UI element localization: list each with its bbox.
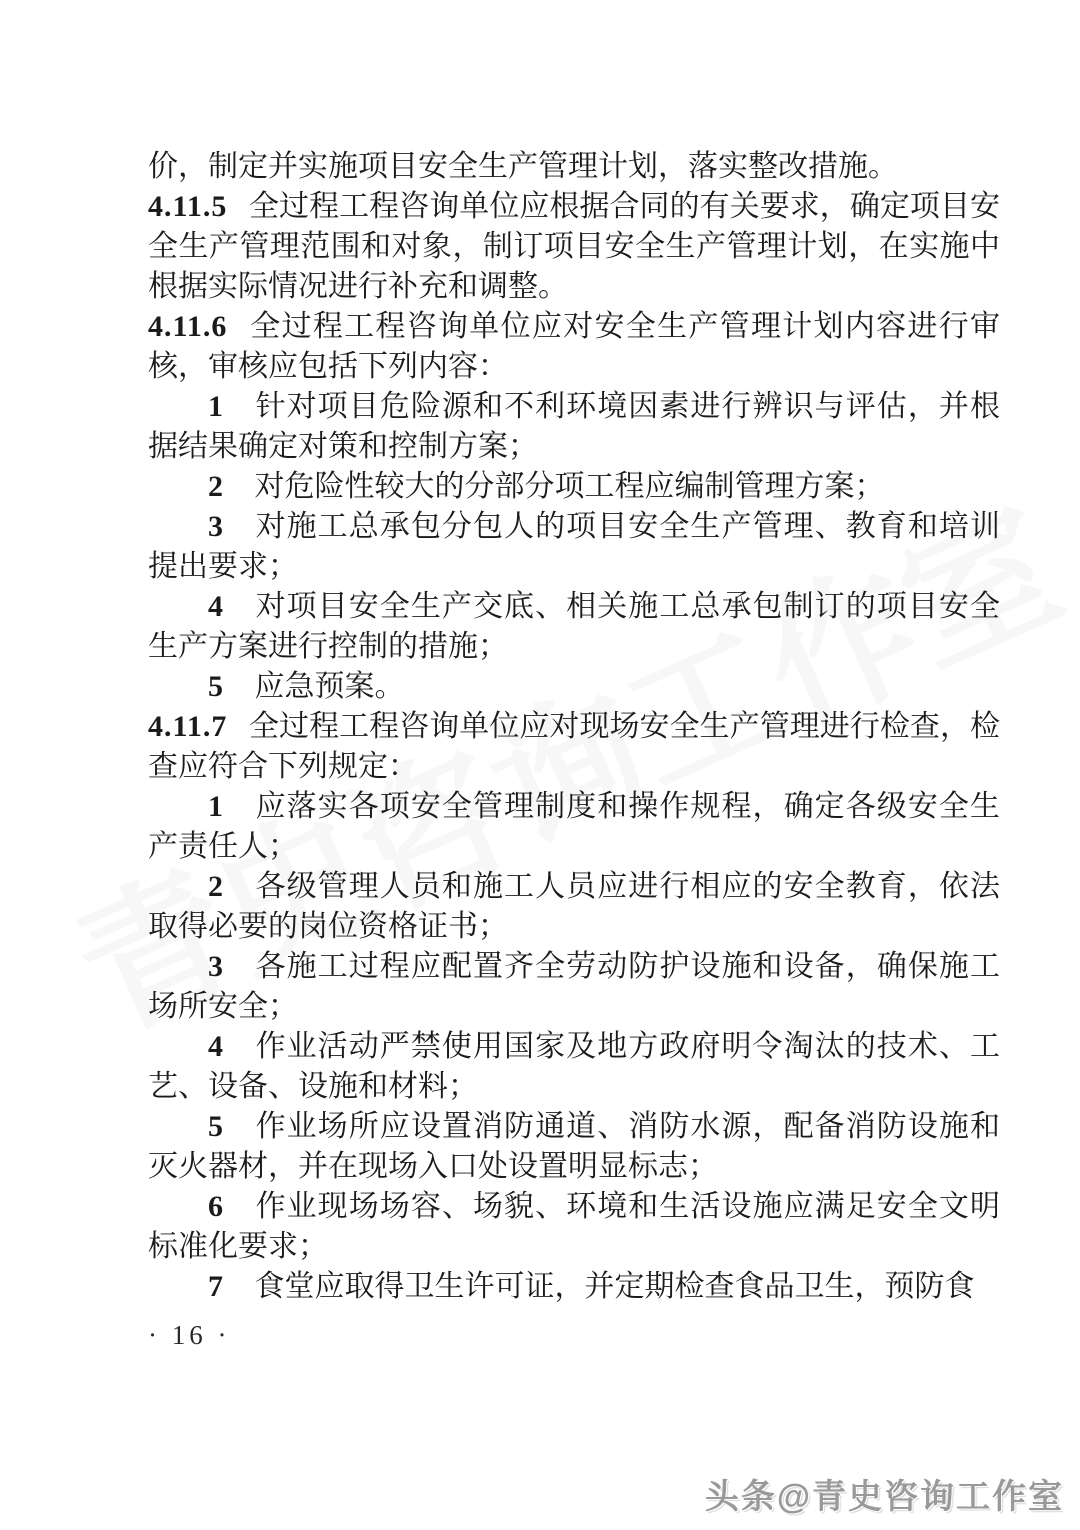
page-number: · 16 · [148,1317,1000,1353]
list-item: 7食堂应取得卫生许可证，并定期检查食品卫生，预防食 [148,1267,1000,1307]
item-text: 对施工总承包分包人的项目安全生产管理、教育和培训提出要求； [148,510,1000,583]
continuation-paragraph: 价，制定并实施项目安全生产管理计划，落实整改措施。 [148,147,1000,187]
list-item: 1应落实各项安全管理制度和操作规程，确定各级安全生产责任人； [148,787,1000,867]
item-text: 作业活动严禁使用国家及地方政府明令淘汰的技术、工艺、设备、设施和材料； [148,1030,1000,1103]
item-number: 3 [208,510,223,543]
list-item: 5应急预案。 [148,667,1000,707]
item-number: 2 [208,470,223,503]
document-body: 价，制定并实施项目安全生产管理计划，落实整改措施。 4.11.5全过程工程咨询单… [148,147,1000,1353]
clause-text: 全过程工程咨询单位应对现场安全生产管理进行检查，检查应符合下列规定： [148,710,1000,783]
item-number: 1 [208,390,223,423]
credit-watermark: 头条@青史咨询工作室 [705,1469,1064,1518]
clause-text: 全过程工程咨询单位应根据合同的有关要求，确定项目安全生产管理范围和对象，制订项目… [148,190,1000,303]
item-number: 5 [208,670,223,703]
clause-4-11-6: 4.11.6全过程工程咨询单位应对安全生产管理计划内容进行审核，审核应包括下列内… [148,307,1000,387]
item-number: 3 [208,950,223,983]
list-item: 2各级管理人员和施工人员应进行相应的安全教育，依法取得必要的岗位资格证书； [148,867,1000,947]
clause-number: 4.11.7 [148,710,227,743]
item-number: 2 [208,870,223,903]
item-number: 1 [208,790,223,823]
list-item: 1针对项目危险源和不利环境因素进行辨识与评估，并根据结果确定对策和控制方案； [148,387,1000,467]
item-number: 7 [208,1270,223,1303]
list-item: 4对项目安全生产交底、相关施工总承包制订的项目安全生产方案进行控制的措施； [148,587,1000,667]
clause-4-11-7: 4.11.7全过程工程咨询单位应对现场安全生产管理进行检查，检查应符合下列规定： [148,707,1000,787]
document-page: 青史咨询工作室 价，制定并实施项目安全生产管理计划，落实整改措施。 4.11.5… [0,0,1080,1530]
item-text: 对危险性较大的分部分项工程应编制管理方案； [255,470,885,503]
list-item: 6作业现场场容、场貌、环境和生活设施应满足安全文明标准化要求； [148,1187,1000,1267]
clause-4-11-5: 4.11.5全过程工程咨询单位应根据合同的有关要求，确定项目安全生产管理范围和对… [148,187,1000,307]
item-text: 针对项目危险源和不利环境因素进行辨识与评估，并根据结果确定对策和控制方案； [148,390,1000,463]
clause-text: 全过程工程咨询单位应对安全生产管理计划内容进行审核，审核应包括下列内容： [148,310,1000,383]
item-number: 6 [208,1190,223,1223]
item-text: 各施工过程应配置齐全劳动防护设施和设备，确保施工场所安全； [148,950,1000,1023]
list-item: 4作业活动严禁使用国家及地方政府明令淘汰的技术、工艺、设备、设施和材料； [148,1027,1000,1107]
item-text: 食堂应取得卫生许可证，并定期检查食品卫生，预防食 [255,1270,975,1303]
item-text: 应落实各项安全管理制度和操作规程，确定各级安全生产责任人； [148,790,1000,863]
item-number: 4 [208,590,223,623]
item-text: 作业现场场容、场貌、环境和生活设施应满足安全文明标准化要求； [148,1190,1000,1263]
item-text: 作业场所应设置消防通道、消防水源，配备消防设施和灭火器材，并在现场入口处设置明显… [148,1110,1000,1183]
list-item: 5作业场所应设置消防通道、消防水源，配备消防设施和灭火器材，并在现场入口处设置明… [148,1107,1000,1187]
paragraph-text: 价，制定并实施项目安全生产管理计划，落实整改措施。 [148,150,898,183]
item-number: 5 [208,1110,223,1143]
item-text: 应急预案。 [255,670,405,703]
clause-number: 4.11.5 [148,190,227,223]
list-item: 3各施工过程应配置齐全劳动防护设施和设备，确保施工场所安全； [148,947,1000,1027]
item-text: 对项目安全生产交底、相关施工总承包制订的项目安全生产方案进行控制的措施； [148,590,1000,663]
item-text: 各级管理人员和施工人员应进行相应的安全教育，依法取得必要的岗位资格证书； [148,870,1000,943]
clause-number: 4.11.6 [148,310,227,343]
item-number: 4 [208,1030,223,1063]
list-item: 3对施工总承包分包人的项目安全生产管理、教育和培训提出要求； [148,507,1000,587]
list-item: 2对危险性较大的分部分项工程应编制管理方案； [148,467,1000,507]
